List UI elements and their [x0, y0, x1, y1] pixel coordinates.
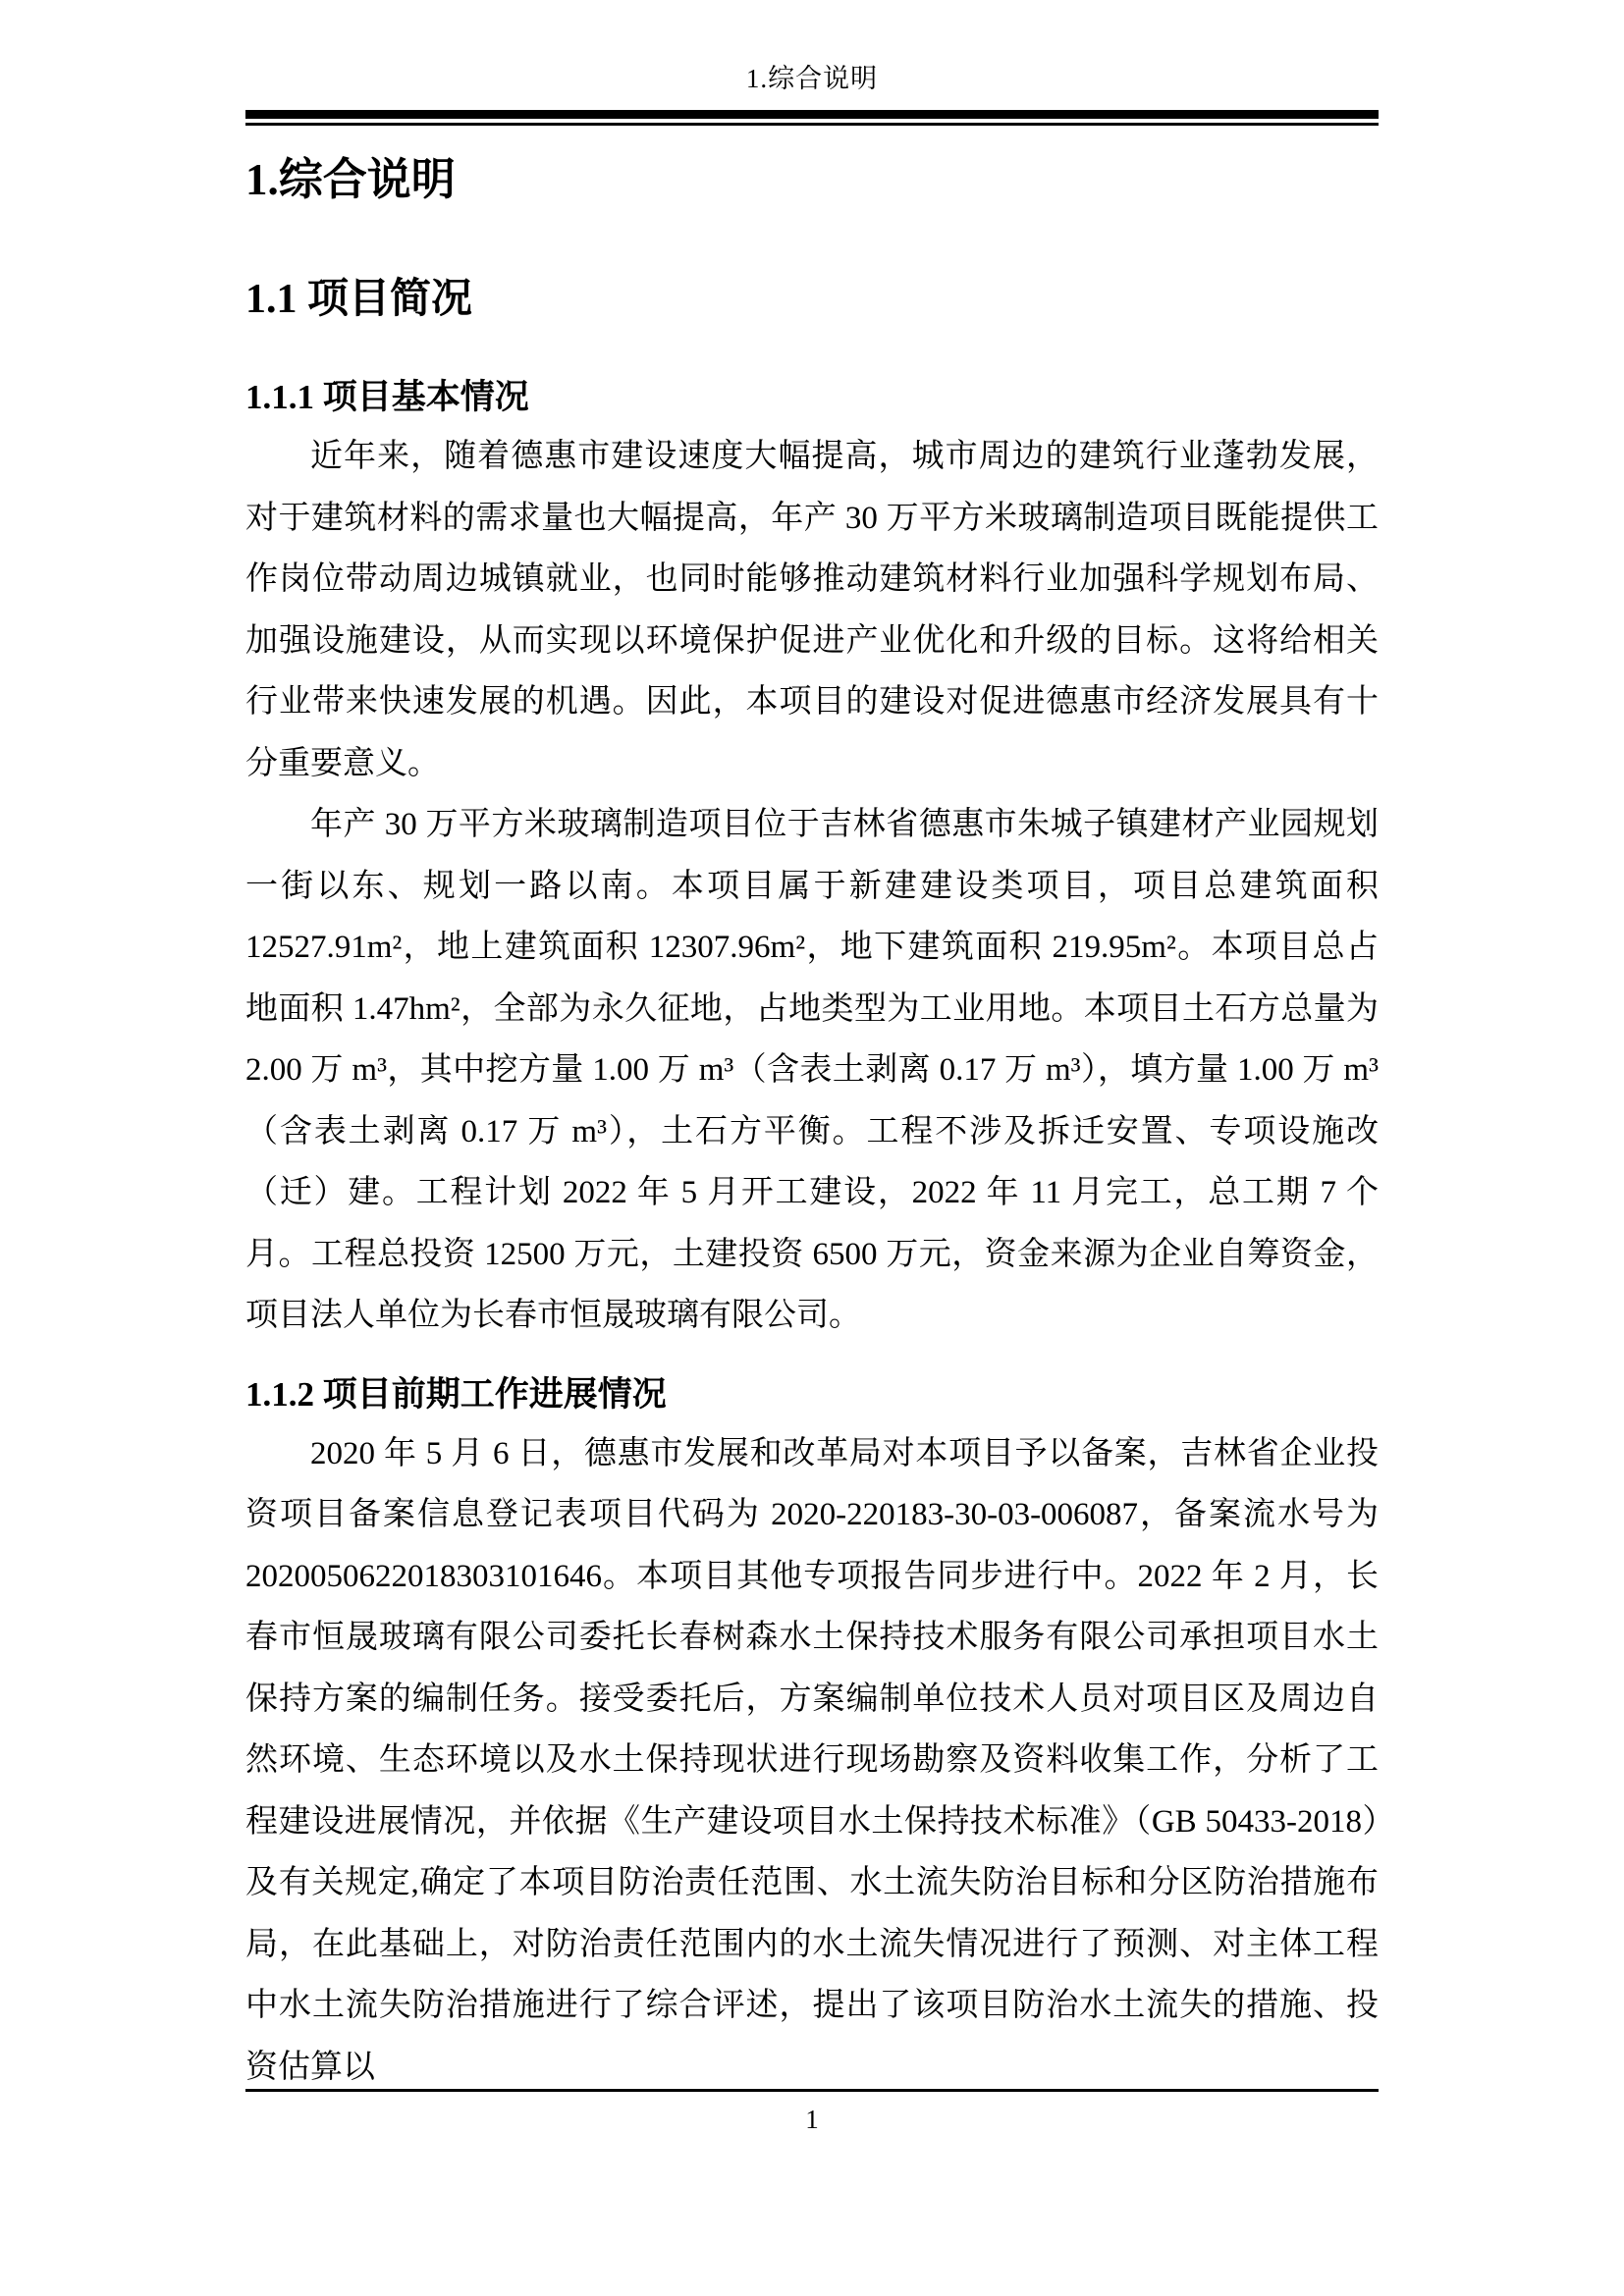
- running-header-title: 1.综合说明: [245, 61, 1379, 96]
- document-page: 1.综合说明 1.综合说明 1.1 项目简况 1.1.1 项目基本情况 近年来，…: [0, 0, 1624, 2296]
- chapter-title: 1.综合说明: [245, 151, 1379, 208]
- subsection-1-1-1-heading: 1.1.1 项目基本情况: [245, 375, 1379, 420]
- page-header: 1.综合说明: [245, 61, 1379, 126]
- paragraph-preliminary-work: 2020 年 5 月 6 日，德惠市发展和改革局对本项目予以备案，吉林省企业投资…: [245, 1423, 1379, 2099]
- page-footer: 1: [245, 2089, 1379, 2137]
- document-body: 1.综合说明 1.1 项目简况 1.1.1 项目基本情况 近年来，随着德惠市建设…: [245, 151, 1379, 2098]
- subsection-1-1-2-heading: 1.1.2 项目前期工作进展情况: [245, 1372, 1379, 1417]
- footer-rule: [245, 2089, 1379, 2092]
- paragraph-project-overview: 年产 30 万平方米玻璃制造项目位于吉林省德惠市朱城子镇建材产业园规划一街以东、…: [245, 794, 1379, 1347]
- header-rule: [245, 110, 1379, 126]
- paragraph-project-significance: 近年来，随着德惠市建设速度大幅提高，城市周边的建筑行业蓬勃发展，对于建筑材料的需…: [245, 426, 1379, 794]
- section-1-1-heading: 1.1 项目简况: [245, 273, 1379, 326]
- page-number: 1: [245, 2102, 1379, 2137]
